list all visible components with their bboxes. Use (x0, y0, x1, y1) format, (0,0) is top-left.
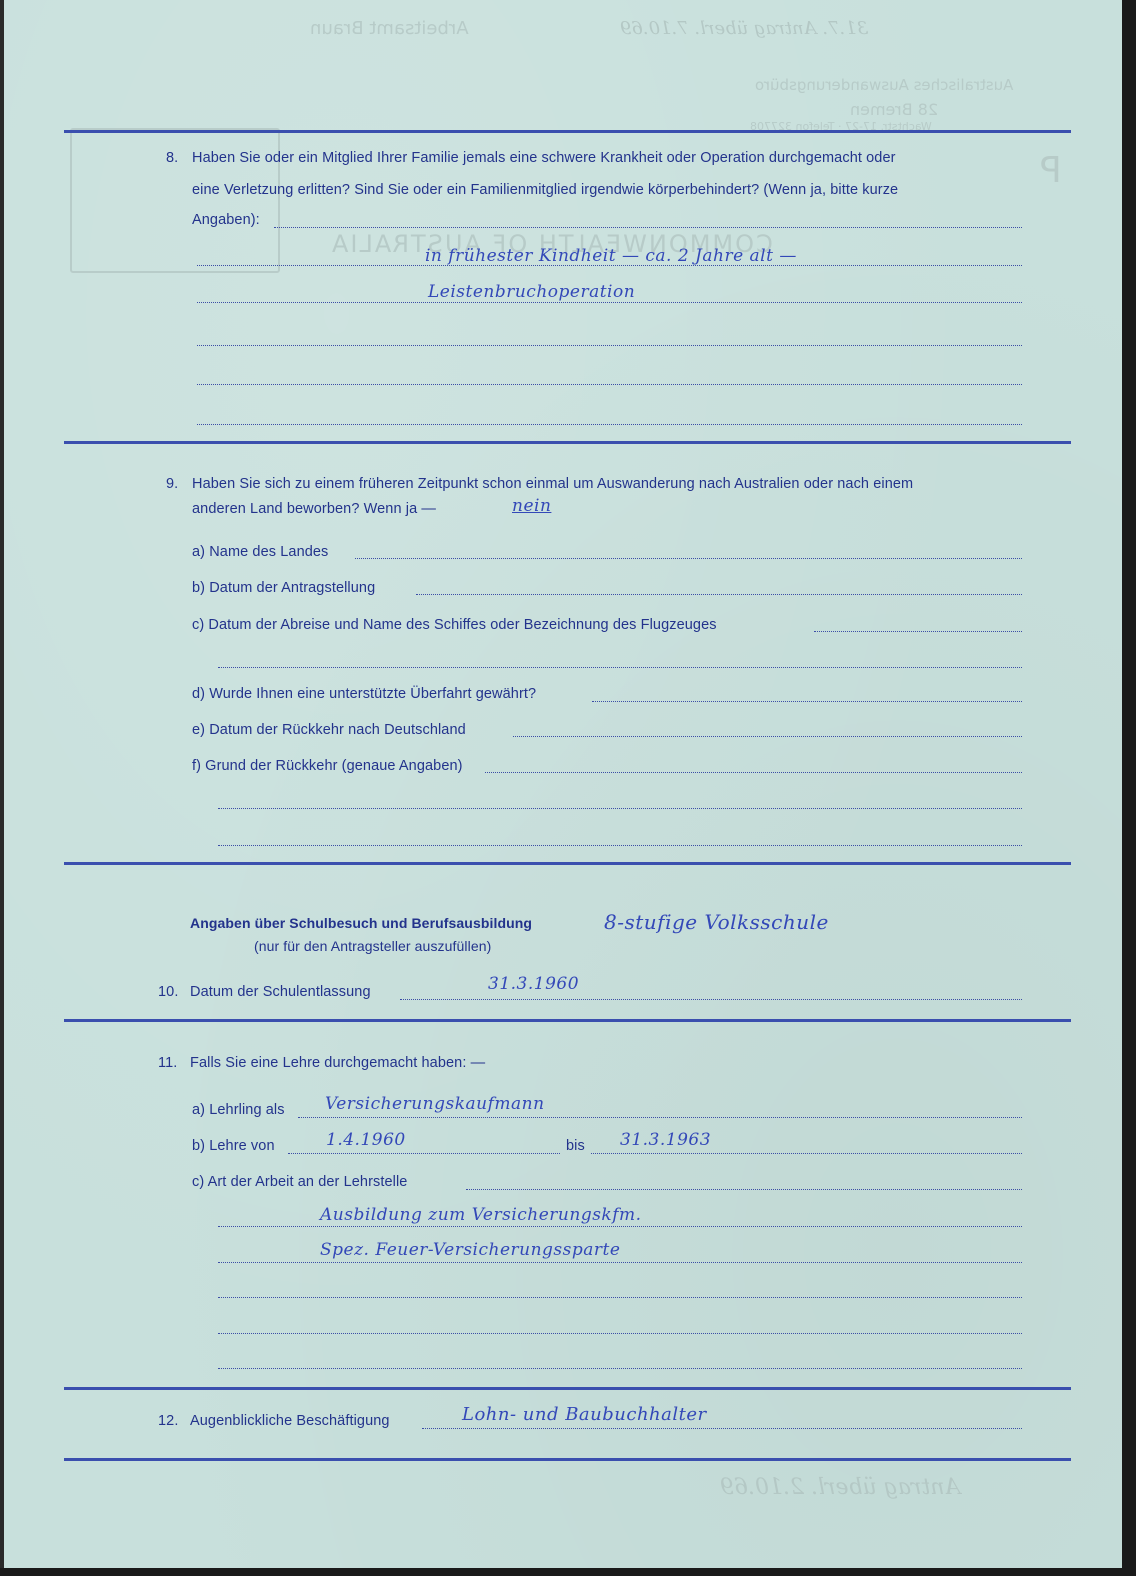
q8-answer-line[interactable] (197, 384, 1022, 385)
q11b-label: b) Lehre von (192, 1138, 275, 1154)
section-divider (64, 441, 1071, 444)
form-page: Arbeitsamt Braun 31.7. Antrag überl. 7.1… (0, 0, 1122, 1568)
q11b-from-field[interactable] (288, 1153, 560, 1154)
q9c-label: c) Datum der Abreise und Name des Schiff… (192, 617, 717, 633)
q8-answer-line[interactable] (197, 424, 1022, 425)
q11c-field-cont[interactable] (218, 1368, 1022, 1369)
q9a-field[interactable] (355, 558, 1022, 559)
q8-answer-line[interactable] (274, 227, 1022, 228)
q10-number: 10. (158, 984, 178, 1000)
q11a-field[interactable] (298, 1117, 1022, 1118)
q9f-field[interactable] (485, 772, 1022, 773)
q12-field[interactable] (422, 1428, 1022, 1429)
q12-value[interactable]: Lohn- und Baubuchhalter (462, 1404, 707, 1425)
q8-answer-2[interactable]: Leistenbruchoperation (428, 282, 635, 302)
ghost-city: 28 Bremen (850, 100, 938, 119)
q8-text-line3: Angaben): (192, 212, 260, 228)
q12-number: 12. (158, 1413, 178, 1429)
q11c-value-2[interactable]: Spez. Feuer-Versicherungssparte (320, 1240, 620, 1260)
q8-text-line1: Haben Sie oder ein Mitglied Ihrer Famili… (192, 150, 896, 166)
q9c-field[interactable] (814, 631, 1022, 632)
q9d-label: d) Wurde Ihnen eine unterstützte Überfah… (192, 686, 536, 702)
q11c-field-cont[interactable] (218, 1297, 1022, 1298)
q11b-from-value[interactable]: 1.4.1960 (326, 1130, 406, 1150)
section-divider (64, 1019, 1071, 1022)
q11b-to-value[interactable]: 31.3.1963 (620, 1130, 711, 1150)
q9b-label: b) Datum der Antragstellung (192, 580, 375, 596)
q10-label: Datum der Schulentlassung (190, 984, 371, 1000)
q11a-label: a) Lehrling als (192, 1102, 285, 1118)
q11c-field-cont[interactable] (218, 1226, 1022, 1227)
section-divider (64, 862, 1071, 865)
q10-value[interactable]: 31.3.1960 (488, 974, 579, 994)
q11c-value-1[interactable]: Ausbildung zum Versicherungskfm. (320, 1205, 642, 1225)
q11b-bis-label: bis (566, 1138, 585, 1154)
q9e-field[interactable] (513, 736, 1022, 737)
section-divider (64, 1387, 1071, 1390)
q9f-field-cont[interactable] (218, 845, 1022, 846)
q9d-field[interactable] (592, 701, 1022, 702)
q11-label: Falls Sie eine Lehre durchgemacht haben:… (190, 1055, 485, 1071)
q8-text-line2: eine Verletzung erlitten? Sind Sie oder … (192, 182, 898, 198)
q9-answer[interactable]: nein (512, 496, 551, 516)
q11-number: 11. (158, 1055, 177, 1071)
q9f-field-cont[interactable] (218, 808, 1022, 809)
q11c-field-cont[interactable] (218, 1262, 1022, 1263)
q8-answer-line[interactable] (197, 265, 1022, 266)
scan-edge (0, 0, 4, 1568)
q9f-label: f) Grund der Rückkehr (genaue Angaben) (192, 758, 463, 774)
q8-answer-line[interactable] (197, 345, 1022, 346)
q8-answer-line[interactable] (197, 302, 1022, 303)
q9-text-line1: Haben Sie sich zu einem früheren Zeitpun… (192, 476, 913, 492)
q11c-field[interactable] (466, 1189, 1022, 1190)
q9a-label: a) Name des Landes (192, 544, 328, 560)
q11a-value[interactable]: Versicherungskaufmann (325, 1094, 545, 1114)
q9-number: 9. (166, 476, 178, 492)
section-divider (64, 130, 1071, 133)
education-answer[interactable]: 8-stufige Volksschule (604, 910, 829, 934)
q11c-field-cont[interactable] (218, 1333, 1022, 1334)
ghost-top-note: 31.7. Antrag überl. 7.10.69 (620, 18, 868, 39)
ghost-office-stamp: Arbeitsamt Braun (310, 18, 469, 39)
q12-label: Augenblickliche Beschäftigung (190, 1413, 390, 1429)
ghost-bottom-note: Antrag überl. 2.10.69 (720, 1475, 960, 1500)
q9c-field-cont[interactable] (218, 667, 1022, 668)
q9e-label: e) Datum der Rückkehr nach Deutschland (192, 722, 466, 738)
ghost-header: Australisches Auswanderungsbüro (755, 76, 1013, 94)
q11c-label: c) Art der Arbeit an der Lehrstelle (192, 1174, 407, 1190)
q11b-to-field[interactable] (591, 1153, 1022, 1154)
q8-answer-1[interactable]: in frühester Kindheit — ca. 2 Jahre alt … (425, 246, 797, 266)
education-subheading: (nur für den Antragsteller auszufüllen) (254, 938, 491, 954)
q8-number: 8. (166, 150, 178, 166)
q9b-field[interactable] (416, 594, 1022, 595)
section-divider (64, 1458, 1071, 1461)
education-heading: Angaben über Schulbesuch und Berufsausbi… (190, 915, 532, 931)
q10-field[interactable] (400, 999, 1022, 1000)
q9-text-line2: anderen Land beworben? Wenn ja — (192, 501, 436, 517)
ghost-page-marker: P (1040, 150, 1062, 191)
